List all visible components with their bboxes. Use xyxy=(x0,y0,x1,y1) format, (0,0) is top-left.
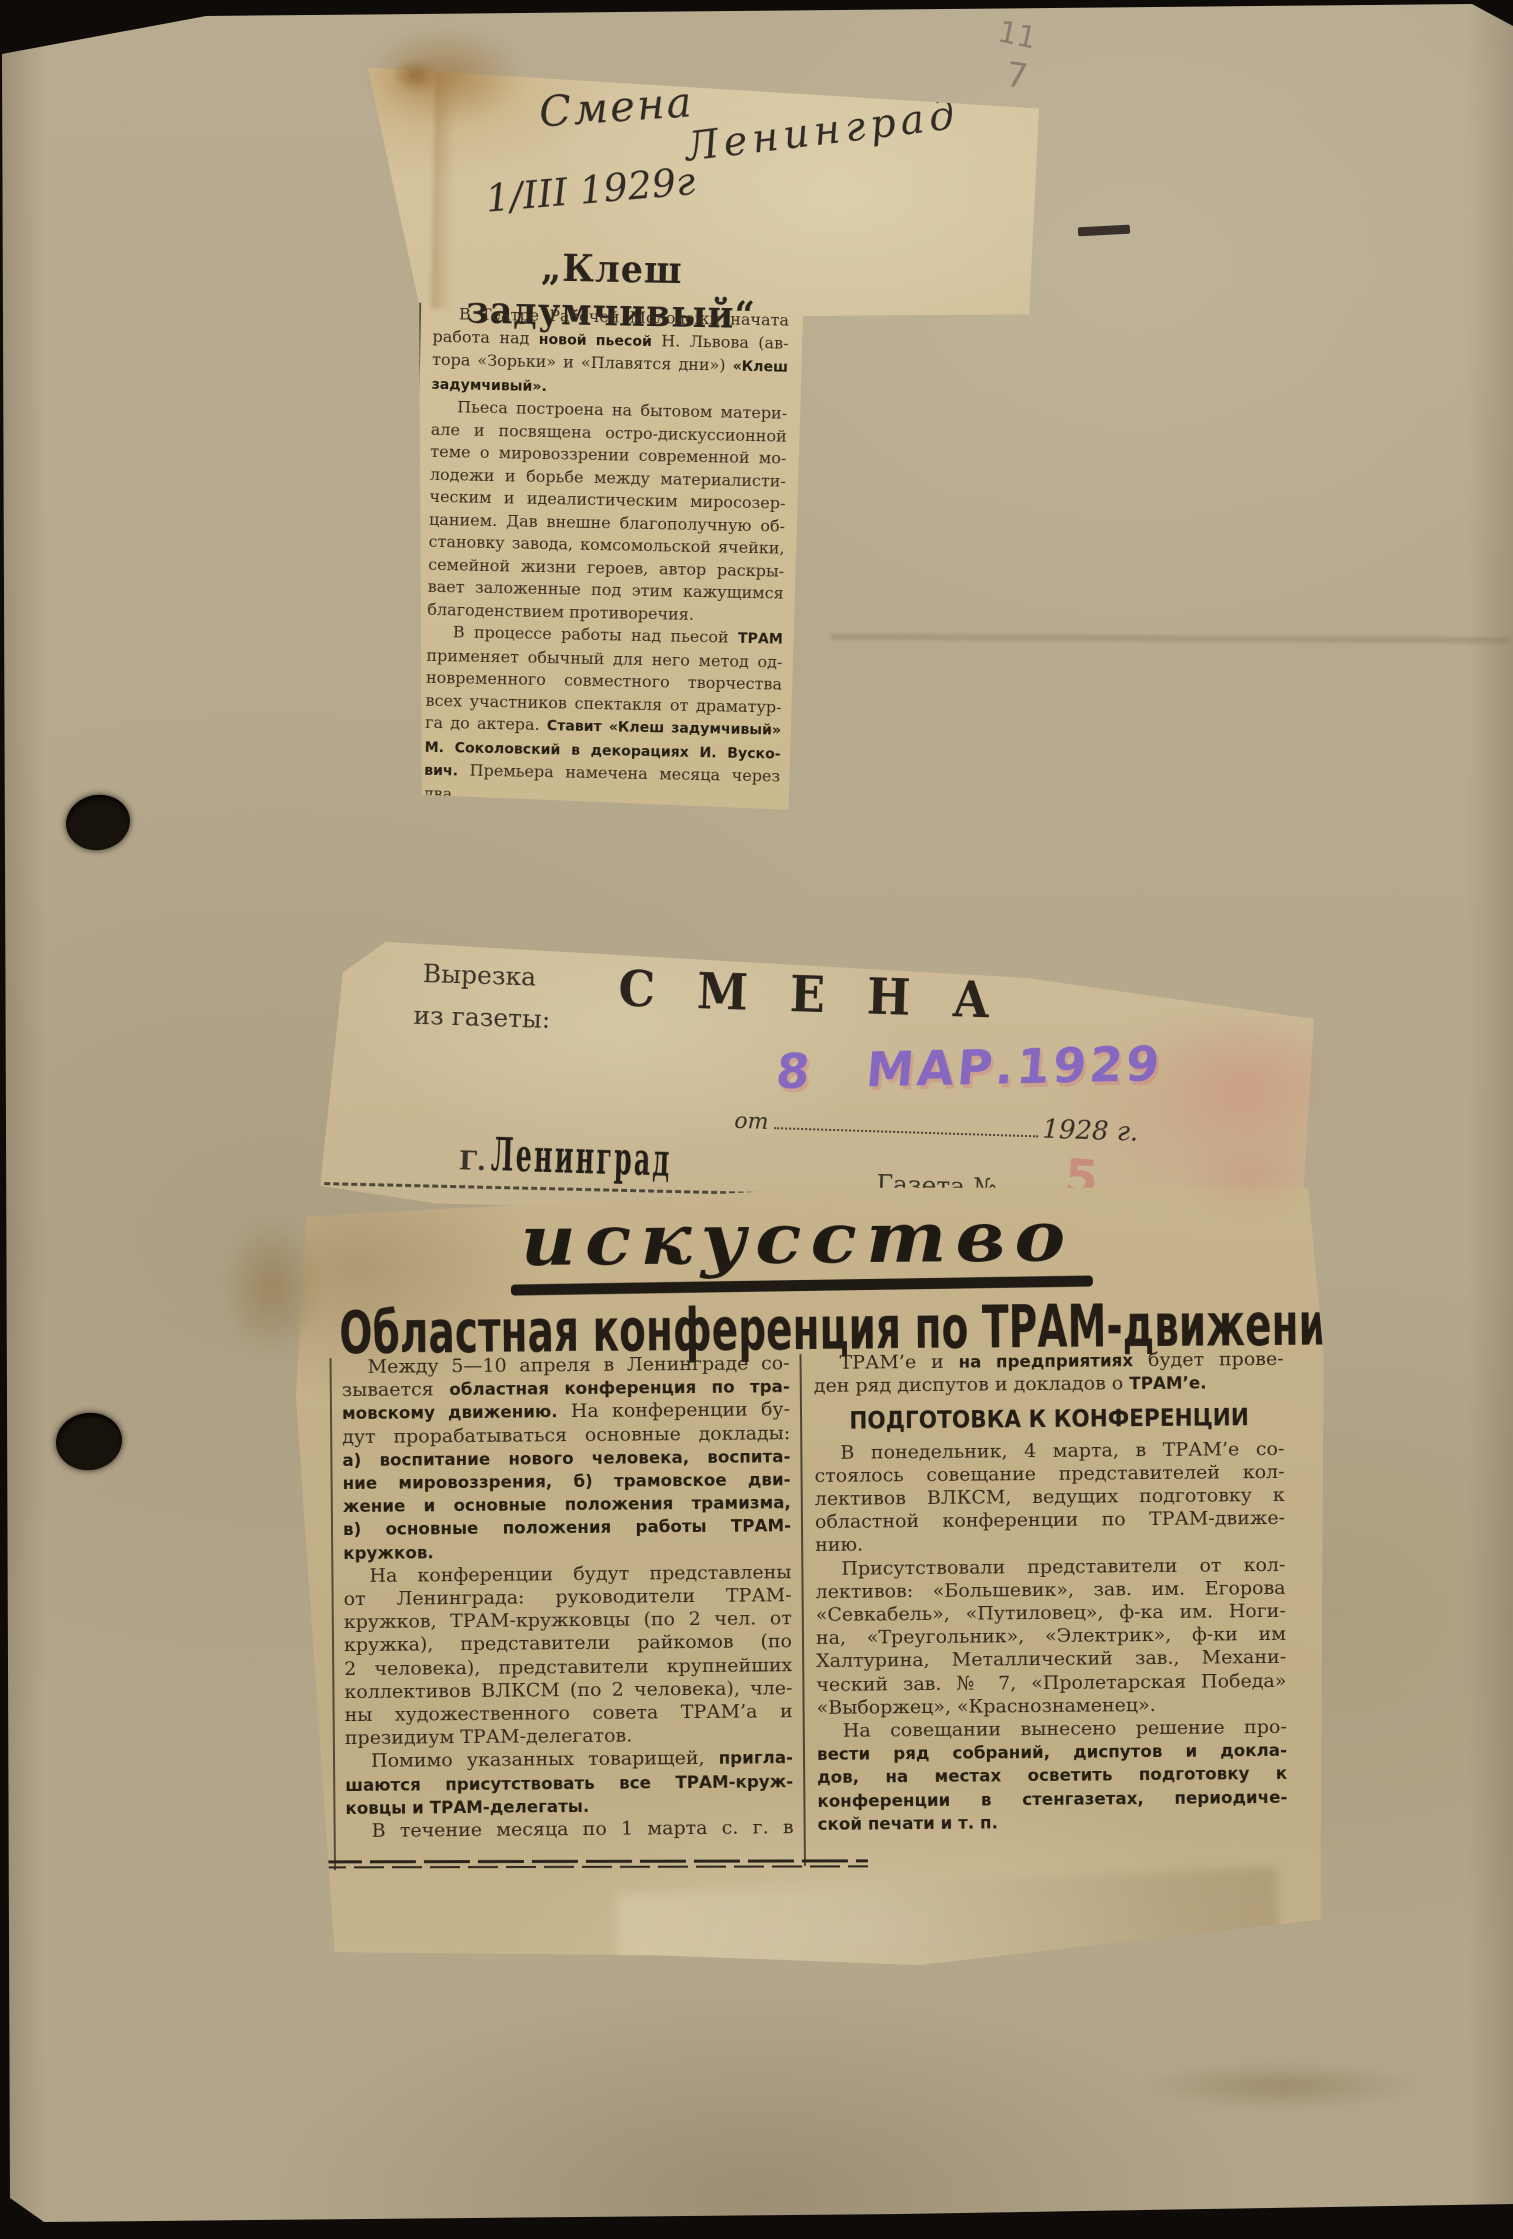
form-label-line2: из газеты: xyxy=(413,1001,551,1034)
print-line: Помимо указанных товарищей, пригла- xyxy=(345,1747,793,1774)
print-line: ны художественного совета ТРАМ’а и xyxy=(345,1700,793,1727)
right-column-body: В понедельник, 4 марта, в ТРАМ’е со-стоя… xyxy=(814,1437,1287,1836)
right-column-lead: ТРАМ’е и на предприятиях будет прове-ден… xyxy=(813,1348,1283,1399)
left-column: Между 5—10 апреля в Ленинграде со-зывает… xyxy=(342,1352,794,1843)
print-line: ТРАМ’е и на предприятиях будет прове- xyxy=(813,1348,1283,1375)
print-line: областной конференции по ТРАМ-движе- xyxy=(815,1507,1285,1534)
handwritten-city: Ленинград xyxy=(683,92,962,171)
print-line: В течение месяца по 1 марта с. г. в xyxy=(346,1816,794,1843)
print-line: шаются присутствовать все ТРАМ-круж- xyxy=(345,1770,793,1797)
printed-year: 1928 г. xyxy=(1042,1115,1139,1148)
column-divider xyxy=(800,1354,806,1866)
pencil-mark-upper: 11 xyxy=(995,14,1040,56)
article-bottom-rule xyxy=(316,1859,868,1868)
dotted-leader xyxy=(774,1113,1038,1137)
right-column: ТРАМ’е и на предприятиях будет прове-ден… xyxy=(813,1348,1287,1836)
form-label-line1: Вырезка xyxy=(422,959,536,992)
city-prefix: Г. xyxy=(459,1146,487,1177)
date-stamp: 8 МАР.1929 xyxy=(774,1036,1165,1100)
print-line: ской печати и т. п. xyxy=(818,1809,1288,1836)
column-rule-left xyxy=(330,1358,336,1870)
print-line: ческий зав. № 7, «Пролетарская Победа» xyxy=(816,1669,1286,1696)
print-line: ден ряд диспутов и докладов о ТРАМ’е. xyxy=(814,1371,1284,1398)
city-name: Ленинград xyxy=(490,1127,672,1187)
from-label: от xyxy=(734,1109,769,1135)
print-line: в) основные положения работы ТРАМ- xyxy=(343,1515,791,1542)
print-line: конференции в стенгазетах, периодиче- xyxy=(817,1785,1287,1812)
clipping-iskusstvo-conference: искусство Областная конференция по ТРАМ-… xyxy=(292,1178,1329,1999)
article-body: В Театре Рабочей Молодежи начатаработа н… xyxy=(424,303,790,812)
section-title: искусство xyxy=(520,1196,1074,1282)
city-row: Г. Ленинград xyxy=(458,1126,820,1191)
scan-photo: 11 7 Смена Ленинград 1/III 1929г „Клеш з… xyxy=(0,0,1513,2239)
handwritten-date: 1/III 1929г xyxy=(484,159,697,221)
article-subhead: ПОДГОТОВКА К КОНФЕРЕНЦИИ xyxy=(837,1406,1260,1433)
